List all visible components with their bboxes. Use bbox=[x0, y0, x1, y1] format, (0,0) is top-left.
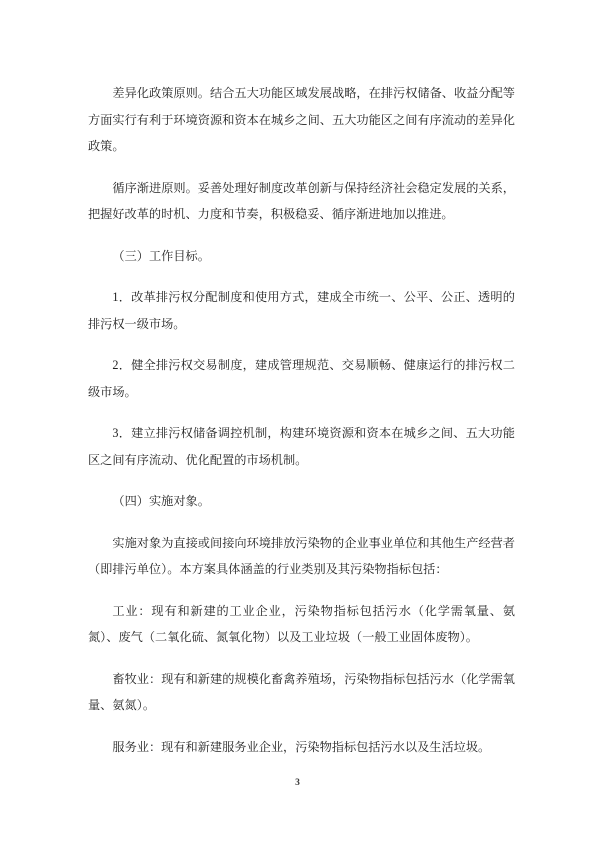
paragraph-objective-1: 1．改革排污权分配制度和使用方式，建成全市统一、公平、公正、透明的排污权一级市场… bbox=[88, 284, 515, 337]
paragraph-implementation-scope: 实施对象为直接或间接向环境排放污染物的企业事业单位和其他生产经营者（即排污单位）… bbox=[88, 530, 515, 583]
document-body: 差异化政策原则。结合五大功能区域发展战略，在排污权储备、收益分配等方面实行有利于… bbox=[88, 80, 515, 760]
paragraph-industry-sector: 工业：现有和新建的工业企业，污染物指标包括污水（化学需氧量、氨氮）、废气（二氧化… bbox=[88, 598, 515, 651]
paragraph-objective-2: 2．健全排污权交易制度，建成管理规范、交易顺畅、健康运行的排污权二级市场。 bbox=[88, 352, 515, 405]
paragraph-service-sector: 服务业：现有和新建服务业企业，污染物指标包括污水以及生活垃圾。 bbox=[88, 734, 515, 761]
paragraph-gradual-progress-principle: 循序渐进原则。妥善处理好制度改革创新与保持经济社会稳定发展的关系，把握好改革的时… bbox=[88, 175, 515, 228]
document-page: 差异化政策原则。结合五大功能区域发展战略，在排污权储备、收益分配等方面实行有利于… bbox=[0, 0, 595, 842]
heading-work-objectives: （三）工作目标。 bbox=[88, 243, 515, 270]
heading-implementation-targets: （四）实施对象。 bbox=[88, 488, 515, 515]
paragraph-livestock-sector: 畜牧业：现有和新建的规模化畜禽养殖场，污染物指标包括污水（化学需氧量、氨氮）。 bbox=[88, 666, 515, 719]
paragraph-objective-3: 3．建立排污权储备调控机制，构建环境资源和资本在城乡之间、五大功能区之间有序流动… bbox=[88, 420, 515, 473]
page-number: 3 bbox=[0, 778, 595, 788]
paragraph-differentiated-policy-principle: 差异化政策原则。结合五大功能区域发展战略，在排污权储备、收益分配等方面实行有利于… bbox=[88, 80, 515, 160]
